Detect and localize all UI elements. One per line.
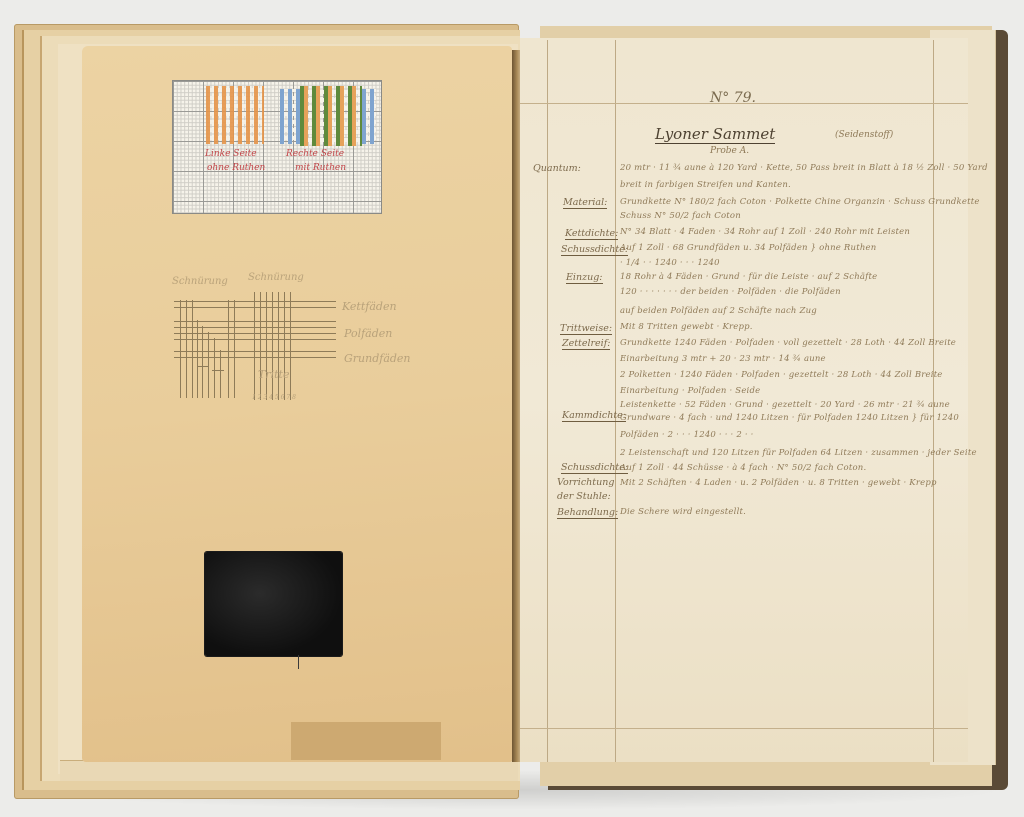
field-label-trittweise: Trittweise:	[560, 323, 612, 335]
vorrichtung-line-1: Mit 2 Schäften · 4 Laden · u. 2 Polfäden…	[620, 478, 937, 488]
margin-rule-label	[615, 40, 616, 762]
quantum-line-1: 20 mtr · 11 ¾ aune à 120 Yard · Kette, 5…	[620, 163, 988, 173]
behandlung-line-1: Die Schere wird eingestellt.	[620, 507, 746, 517]
draft-bottom-numbers: 1 2 3 4 5 6 7 8	[252, 394, 296, 401]
zettelreif-line-1: Grundkette 1240 Fäden · Polfaden · voll …	[620, 338, 956, 348]
caption-left-line2: ohne Ruthen	[207, 163, 265, 174]
page-number: N° 79.	[710, 90, 756, 106]
field-label-behandlung: Behandlung:	[557, 507, 618, 519]
pattern-right-blue-right	[362, 89, 376, 144]
zettelreif-line-2: Einarbeitung 3 mtr + 20 · 23 mtr · 14 ¾ …	[620, 354, 826, 364]
margin-rule-outer	[547, 40, 548, 762]
pattern-left-orange	[206, 86, 264, 144]
page-title: Lyoner Sammet	[655, 125, 775, 144]
draft-row-label-2: Polfäden	[344, 327, 392, 340]
einzug-line-3: auf beiden Polfäden auf 2 Schäfte nach Z…	[620, 306, 817, 316]
kammdichte-line-1: Grundware · 4 fach · und 1240 Litzen · f…	[620, 413, 959, 423]
draft-row-label-1: Kettfäden	[342, 300, 397, 313]
trittweise-line-1: Mit 8 Tritten gewebt · Krepp.	[620, 322, 753, 332]
schussdichte-line-2: · 1/4 · · 1240 · · · 1240	[620, 258, 720, 268]
field-label-quantum: Quantum:	[533, 163, 581, 174]
field-label-zettelreif: Zettelreif:	[562, 338, 610, 350]
footer-rule	[520, 728, 968, 729]
left-page-bottom-edge	[60, 760, 518, 781]
einzug-line-2: 120 · · · · · · · der beiden · Polfäden …	[620, 287, 841, 297]
field-label-einzug: Einzug:	[566, 272, 603, 284]
caption-right-line2: mit Ruthen	[295, 163, 346, 174]
field-label-vorrichtung: Vorrichtung der Stuhle:	[557, 476, 615, 504]
draft-bottom-label: Tritte	[258, 368, 289, 381]
paper-tape-strip	[291, 722, 441, 760]
material-line-2: Schuss N° 50/2 fach Coton	[620, 211, 741, 221]
kammdichte-line-2: Polfäden · 2 · · · 1240 · · · 2 · ·	[620, 430, 754, 440]
material-line-1: Grundkette N° 180/2 fach Coton · Polkett…	[620, 197, 980, 207]
page-subtitle: Probe A.	[710, 146, 749, 156]
zettelreif-line-3: 2 Polketten · 1240 Fäden · Polfaden · ge…	[620, 370, 943, 380]
schussdichte-line-1: Auf 1 Zoll · 68 Grundfäden u. 34 Polfäde…	[620, 243, 876, 253]
zettelreif-line-4: Einarbeitung · Polfaden · Seide	[620, 386, 760, 396]
zettelreif-line-5: Leistenkette · 52 Fäden · Grund · gezett…	[620, 400, 950, 410]
loose-thread	[298, 655, 299, 669]
draft-label-left: Schnürung	[172, 276, 228, 287]
draft-row-label-3: Grundfäden	[344, 352, 411, 365]
field-label-kammdichte: Kammdichte:	[562, 410, 626, 422]
pattern-right-blue-left	[280, 89, 300, 144]
schussdichte2-line-1: 2 Leistenschaft und 120 Litzen für Polfa…	[620, 448, 977, 458]
weave-draft-diagram: Schnürung Schnürung Kettfäden Polfäden G…	[170, 270, 410, 405]
kettdichte-line-1: N° 34 Blatt · 4 Faden · 34 Rohr auf 1 Zo…	[620, 227, 910, 237]
field-label-kettdichte: Kettdichte:	[565, 228, 618, 240]
weave-pattern-grid-card: Linke Seite ohne Ruthen Rechte Seite mit…	[172, 80, 382, 214]
field-label-material: Material:	[563, 197, 607, 209]
field-label-schussdichte: Schussdichte:	[561, 244, 628, 256]
einzug-line-1: 18 Rohr à 4 Fäden · Grund · für die Leis…	[620, 272, 877, 282]
black-velvet-fabric-swatch	[205, 552, 342, 656]
page-title-note: (Seidenstoff)	[835, 130, 893, 140]
pattern-right-green-orange	[300, 86, 362, 146]
caption-right-line1: Rechte Seite	[286, 149, 344, 160]
schussdichte2-line-2: Auf 1 Zoll · 44 Schüsse · à 4 fach · N° …	[620, 463, 866, 473]
caption-left-line1: Linke Seite	[205, 149, 257, 160]
quantum-line-2: breit in farbigen Streifen und Kanten.	[620, 180, 791, 190]
draft-label-right: Schnürung	[248, 272, 304, 283]
field-label-schussdichte-2: Schussdichte:	[561, 462, 628, 474]
